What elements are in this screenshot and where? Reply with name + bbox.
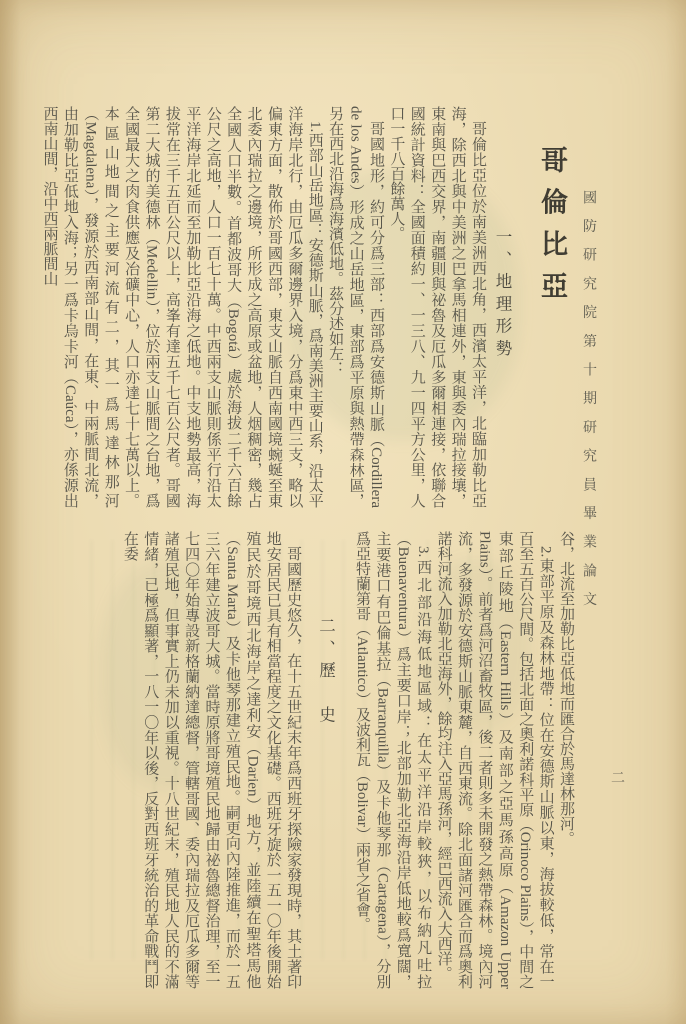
section-heading-geography: 一、地理形勢	[490, 228, 514, 362]
text-register-bottom: 谷，北流至加勒比亞低地而匯合於馬達林那河。 2.東部平原及森林地帶：位在安德斯山…	[92, 531, 576, 989]
page-title: 哥倫比亞	[533, 146, 572, 313]
paragraph-western-mountains-continuation: 谷，北流至加勒比亞低地而匯合於馬達林那河。	[556, 531, 576, 989]
paragraph-history: 哥國歷史悠久，在十五世紀末年爲西班牙探險家發現時，其土著印地安居民已具有相當程度…	[119, 531, 303, 989]
margin-annotation: 國防研究院第十期研究員畢業論文	[578, 190, 598, 621]
scanned-thesis-page: 國防研究院第十期研究員畢業論文 二 哥倫比亞 一、地理形勢 哥倫比亞位於南美洲西…	[0, 0, 686, 1024]
paragraph-western-mountains: 1.西部山岳地區：安德斯山脈，爲南美洲主要山系，沿太平洋海岸北行，由厄瓜多爾邊界…	[39, 106, 325, 508]
paragraph-terrain-overview: 哥國地形，約可分爲三部：西部爲安德斯山脈（Cordillera de los A…	[325, 106, 386, 508]
page-number: 二	[606, 770, 626, 784]
text-register-top: 哥倫比亞位於南美洲西北角，西濱太平洋，北臨加勒比亞海，除西北與中美洲之巴拿馬相連…	[56, 106, 488, 508]
paragraph-eastern-plains: 2.東部平原及森林地帶：位在安德斯山脈以東，海拔較低，常在一百至五百公尺間。包括…	[433, 531, 555, 989]
paragraph-coastal-lowlands: 3.西北部沿海低地區域：在太平洋沿岸較狹，以布納凡吐拉（Buenaventura…	[352, 531, 434, 989]
paragraph-intro: 哥倫比亞位於南美洲西北角，西濱太平洋，北臨加勒比亞海，除西北與中美洲之巴拿馬相連…	[386, 106, 488, 508]
section-heading-history: 二、歷 史	[315, 531, 335, 989]
